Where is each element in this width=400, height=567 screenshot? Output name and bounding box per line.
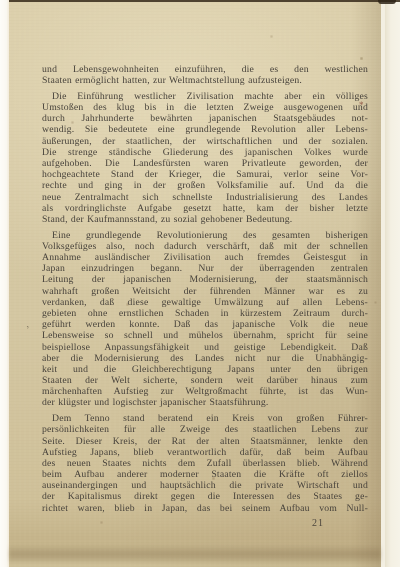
text-line: Lebensweise so schnell und mühelos übern… <box>42 330 368 341</box>
text-line: rechte und ging in der großen Volksfamil… <box>42 180 368 191</box>
text-line: keit und die Gleichberechtigung Japans u… <box>42 364 368 375</box>
text-line: aufgehoben. Die Landesfürsten waren Priv… <box>42 158 368 169</box>
page-paper: und Lebensgewohnheiten einzuführen, die … <box>9 0 381 567</box>
page-number: 21 <box>312 518 324 529</box>
text-line: der klügster und logischster japanischer… <box>42 397 368 408</box>
text-line: Stand, der Kaufmannsstand, zu sozial geh… <box>42 214 368 225</box>
text-line: aber die Modernisierung des Landes nicht… <box>42 353 368 364</box>
text-line: des neuen Staates nichts dem Zufall über… <box>42 458 368 469</box>
paragraph: Die Einführung westlicher Zivilisation m… <box>42 91 368 225</box>
text-line: Staaten der Welt sicherte, sondern weit … <box>42 375 368 386</box>
text-line: beim Aufbau anderer moderner Staaten die… <box>42 469 368 480</box>
text-line: und Lebensgewohnheiten einzuführen, die … <box>42 64 368 75</box>
text-line: Annahme ausländischer Zivilisation auch … <box>42 252 368 263</box>
paragraph: und Lebensgewohnheiten einzuführen, die … <box>42 64 368 86</box>
text-line: Volksgefüges also, noch dadurch verschär… <box>42 241 368 252</box>
text-line: verdanken, daß diese gewaltige Umwälzung… <box>42 297 368 308</box>
text-line: wendig. Sie bedeutete eine grundlegende … <box>42 124 368 135</box>
text-line: gebieten ohne ernstlichen Schaden in kür… <box>42 308 368 319</box>
page-bottom-shadow <box>9 544 381 562</box>
top-edge-shadow <box>9 0 400 2</box>
text-line: wahrhaft großen Weitsicht der führenden … <box>42 286 368 297</box>
text-line: persönlichkeiten für alle Zweige des sta… <box>42 424 368 435</box>
text-line: als vordringlichste Aufgabe gesetzt hatt… <box>42 203 368 214</box>
text-line: beispiellose Anpassungsfähigkeit und gei… <box>42 342 368 353</box>
text-line: Dem Tenno stand beratend ein Kreis von g… <box>42 413 368 424</box>
text-line: Staaten ermöglicht hatten, zur Weltmacht… <box>42 75 368 86</box>
text-line: der Kapitalismus direkt gegen die Intere… <box>42 491 368 502</box>
text-line: richtet waren, blieb in Japan, das bei s… <box>42 503 368 514</box>
text-line: Leitung der japanischen Modernisierung, … <box>42 274 368 285</box>
text-line: Die Einführung westlicher Zivilisation m… <box>42 91 368 102</box>
text-line: hochgeachtete Stand der Krieger, die Sam… <box>42 169 368 180</box>
text-line: Die strenge ständische Gliederung des ja… <box>42 147 368 158</box>
text-line: äußerungen, der staatlichen, der wirtsch… <box>42 136 368 147</box>
text-line: durch Jahrhunderte bewährten japanischen… <box>42 113 368 124</box>
text-line: Japan einzudringen begann. Nur der überr… <box>42 263 368 274</box>
scanned-book-page: und Lebensgewohnheiten einzuführen, die … <box>0 0 400 567</box>
text-line: auseinandergingen und hauptsächlich die … <box>42 480 368 491</box>
text-line: Eine grundlegende Revolutionierung des g… <box>42 230 368 241</box>
paragraph: Eine grundlegende Revolutionierung des g… <box>42 230 368 409</box>
text-line: Umstoßen des klug bis in die letzten Zwe… <box>42 102 368 113</box>
text-line: neue Zentralmacht sich schnellste Indust… <box>42 192 368 203</box>
red-asterisk-mark: * <box>359 101 364 110</box>
text-line: Aufstieg Japans, blieb verantwortlich da… <box>42 447 368 458</box>
underlying-page-edge <box>385 0 400 567</box>
text-line: märchenhaften Aufstieg zur Weltgroßmacht… <box>42 386 368 397</box>
text-line: geführt werden konnte. Daß das japanisch… <box>42 319 368 330</box>
text-line: Seite. Dieser Kreis, der Rat der alten S… <box>42 436 368 447</box>
page-text: und Lebensgewohnheiten einzuführen, die … <box>42 64 368 514</box>
paragraph: Dem Tenno stand beratend ein Kreis von g… <box>42 413 368 514</box>
